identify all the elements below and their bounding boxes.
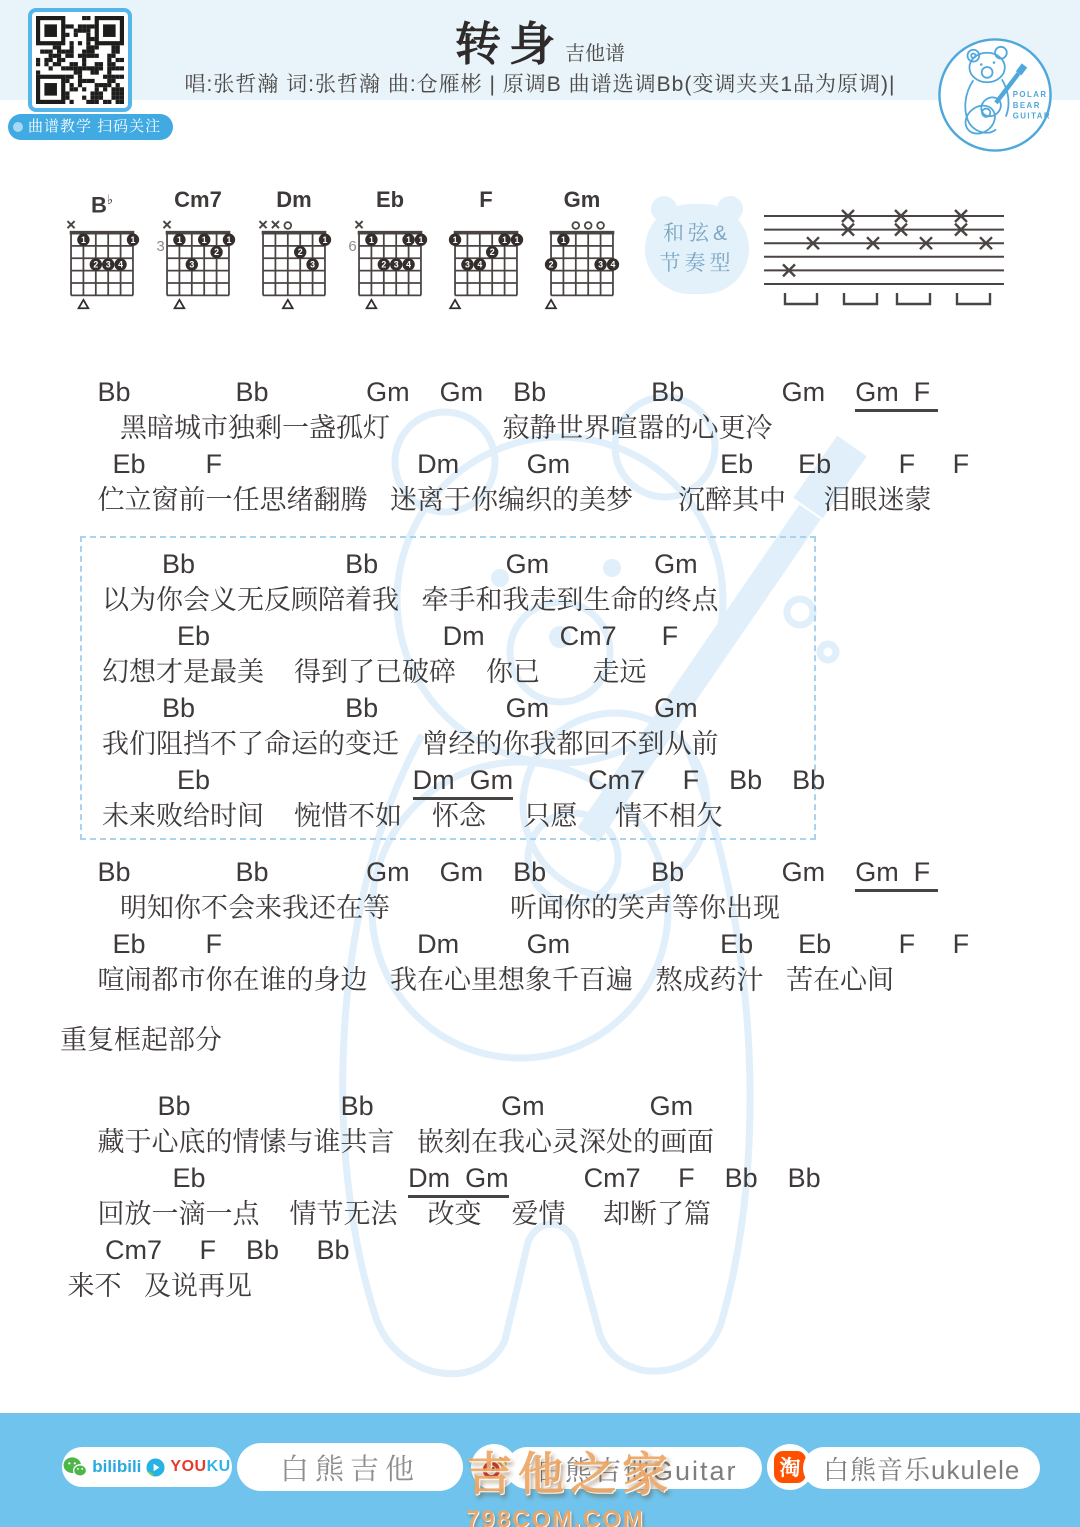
svg-text:1: 1: [369, 235, 374, 245]
youku-wordmark: YOUKU: [170, 1458, 230, 1476]
polar-bear-guitar-logo: POLAR BEAR GUITAR: [936, 36, 1054, 154]
sheet-type-label: 吉他谱: [565, 43, 625, 65]
svg-text:1: 1: [515, 235, 520, 245]
svg-text:1: 1: [502, 235, 507, 245]
lyric-line: 我们阻挡不了命运的变迁 曾经的你我都回不到从前: [102, 726, 814, 762]
logo-text-guitar: GUITAR: [1013, 112, 1051, 121]
svg-text:4: 4: [406, 260, 411, 270]
footer-bar: bilibili YOUKU 白熊吉他 白熊吉他Guitar 淘: [0, 1413, 1080, 1527]
section-note: 重复框起部分: [60, 1022, 1080, 1058]
label-line1: 和弦&: [663, 219, 731, 249]
chord-line: Eb F Dm Gm Eb Eb F F: [60, 446, 1080, 482]
qr-caption-badge: 曲谱教学 扫码关注: [8, 114, 173, 140]
svg-text:2: 2: [490, 247, 495, 257]
logo-bear-eye-left: [980, 63, 983, 66]
svg-text:3: 3: [106, 260, 111, 270]
account-pill-weibo-guitar[interactable]: 白熊吉他Guitar: [506, 1447, 762, 1489]
weibo-glyph: [479, 1452, 509, 1482]
svg-text:2: 2: [549, 260, 554, 270]
chord-grid: 11234: [56, 212, 148, 324]
chord-line: Eb Dm Gm Cm7 F Bb Bb: [60, 1160, 1080, 1196]
lyrics-area: Bb Bb Gm Gm Bb Bb Gm Gm F 黑暗城市独剩一盏孤灯 寂静世…: [0, 374, 1080, 1304]
taobao-glyph: 淘: [774, 1451, 806, 1483]
chord-diagram-cm7: Cm7311123: [152, 188, 244, 329]
svg-text:3: 3: [156, 238, 164, 255]
svg-text:1: 1: [227, 235, 232, 245]
svg-text:4: 4: [477, 260, 482, 270]
chord-line: Cm7 F Bb Bb: [60, 1232, 1080, 1268]
rhythm-pattern: [758, 198, 1010, 310]
account-name: 白熊音乐ukulele: [823, 1450, 1020, 1487]
svg-text:6: 6: [348, 238, 356, 255]
svg-text:1: 1: [81, 235, 86, 245]
lyric-line: 伫立窗前一任思绪翻腾 迷离于你编织的美梦 沉醉其中 泪眼迷蒙: [60, 482, 1080, 518]
chord-diagram-f: F111234: [440, 188, 532, 329]
chord-line: Bb Bb Gm Gm: [102, 546, 814, 582]
svg-text:4: 4: [118, 260, 123, 270]
svg-text:1: 1: [323, 235, 328, 245]
section-verse1: Bb Bb Gm Gm Bb Bb Gm Gm F 黑暗城市独剩一盏孤灯 寂静世…: [60, 374, 1080, 518]
svg-text:1: 1: [453, 235, 458, 245]
chord-name: Dm: [248, 188, 340, 212]
chord-line: Bb Bb Gm Gm: [102, 690, 814, 726]
section-chorus-box: Bb Bb Gm Gm以为你会义无反顾陪着我 牵手和我走到生命的终点 Eb Dm…: [80, 536, 816, 840]
youku-icon: [146, 1458, 165, 1477]
chord-diagram-bb: B♭11234: [56, 188, 148, 329]
chord-grid: 123: [248, 212, 340, 324]
chord-line: Bb Bb Gm Gm Bb Bb Gm Gm F: [60, 374, 1080, 410]
logo-text-polar: POLAR: [1013, 90, 1048, 99]
chord-name: F: [440, 188, 532, 212]
chord-name: Gm: [536, 188, 628, 212]
lyric-line: 藏于心底的情愫与谁共言 嵌刻在我心灵深处的画面: [60, 1124, 1080, 1160]
chord-name: Cm7: [152, 188, 244, 212]
svg-text:1: 1: [177, 235, 182, 245]
chord-line: Eb Dm Gm Cm7 F Bb Bb: [102, 762, 814, 798]
logo-bear-eye-right: [993, 61, 996, 64]
chord-sheet-page: 转身吉他谱 唱:张哲瀚 词:张哲瀚 曲:仓雁彬 | 原调B 曲谱选调Bb(变调夹…: [0, 0, 1080, 1527]
label-line2: 节奏型: [660, 249, 735, 279]
section-verse2: Bb Bb Gm Gm Bb Bb Gm Gm F 明知你不会来我还在等 听闻你…: [60, 854, 1080, 998]
account-pill-taobao-ukulele[interactable]: 白熊音乐ukulele: [803, 1447, 1040, 1489]
lyric-line: 重复框起部分: [60, 1022, 1080, 1058]
svg-text:2: 2: [298, 247, 303, 257]
chord-grid: 111234: [440, 212, 532, 324]
header-bar: 转身吉他谱 唱:张哲瀚 词:张哲瀚 曲:仓雁彬 | 原调B 曲谱选调Bb(变调夹…: [0, 0, 1080, 100]
title-wrap: 转身吉他谱: [0, 8, 1080, 74]
lyric-line: 以为你会义无反顾陪着我 牵手和我走到生命的终点: [102, 582, 814, 618]
chord-name: Eb: [344, 188, 436, 212]
chords-rhythm-label: 和弦& 节奏型: [645, 204, 749, 294]
section-verse3: Bb Bb Gm Gm 藏于心底的情愫与谁共言 嵌刻在我心灵深处的画面 Eb D…: [60, 1088, 1080, 1304]
svg-text:1: 1: [561, 235, 566, 245]
account-name: 白熊吉他: [280, 1447, 420, 1488]
logo-text-bear: BEAR: [1013, 101, 1041, 110]
chord-line: Eb F Dm Gm Eb Eb F F: [60, 926, 1080, 962]
dot-icon: [13, 122, 23, 132]
svg-text:3: 3: [598, 260, 603, 270]
qr-code: [28, 8, 132, 112]
svg-text:3: 3: [465, 260, 470, 270]
social-platforms-pill[interactable]: bilibili YOUKU: [62, 1447, 232, 1487]
chord-grid: 6111234: [344, 212, 436, 324]
svg-text:3: 3: [394, 260, 399, 270]
account-pill-baixiong-jita[interactable]: 白熊吉他: [237, 1443, 463, 1491]
chord-line: Eb Dm Cm7 F: [102, 618, 814, 654]
svg-text:3: 3: [189, 260, 194, 270]
chords-and-rhythm-row: B♭11234Cm7311123Dm123Eb6111234F111234Gm2…: [0, 188, 1080, 336]
chord-line: Bb Bb Gm Gm Bb Bb Gm Gm F: [60, 854, 1080, 890]
song-title: 转身: [455, 18, 563, 70]
chord-grid: 2134: [536, 212, 628, 324]
chord-diagram-dm: Dm123: [248, 188, 340, 329]
chord-line: Bb Bb Gm Gm: [60, 1088, 1080, 1124]
chord-diagram-eb: Eb6111234: [344, 188, 436, 329]
svg-text:1: 1: [419, 235, 424, 245]
lyric-line: 明知你不会来我还在等 听闻你的笑声等你出现: [60, 890, 1080, 926]
lyric-line: 回放一滴一点 情节无法 改变 爱情 却断了篇: [60, 1196, 1080, 1232]
svg-text:1: 1: [406, 235, 411, 245]
chord-name: B♭: [56, 188, 148, 212]
lyric-line: 幻想才是最美 得到了已破碎 你已 走远: [102, 654, 814, 690]
svg-text:4: 4: [611, 260, 616, 270]
qr-caption: 曲谱教学 扫码关注: [28, 118, 161, 135]
svg-text:1: 1: [202, 235, 207, 245]
chord-grid: 311123: [152, 212, 244, 324]
lyric-line: 喧闹都市你在谁的身边 我在心里想象千百遍 熬成药汁 苦在心间: [60, 962, 1080, 998]
lyric-line: 黑暗城市独剩一盏孤灯 寂静世界喧嚣的心更冷: [60, 410, 1080, 446]
wechat-icon: [63, 1456, 87, 1478]
svg-text:3: 3: [310, 260, 315, 270]
account-name: 白熊吉他Guitar: [536, 1449, 738, 1488]
qr-pattern: [36, 16, 124, 104]
logo-guitar-head: [1019, 66, 1025, 74]
credits-line: 唱:张哲瀚 词:张哲瀚 曲:仓雁彬 | 原调B 曲谱选调Bb(变调夹夹1品为原调…: [0, 68, 1080, 98]
lyric-line: 未来败给时间 惋惜不如 怀念 只愿 情不相欠: [102, 798, 814, 834]
svg-text:1: 1: [131, 235, 136, 245]
lyric-line: 来不 及说再见: [60, 1268, 1080, 1304]
bilibili-logo: bilibili: [92, 1457, 141, 1477]
chord-diagram-gm: Gm2134: [536, 188, 628, 329]
svg-text:2: 2: [381, 260, 386, 270]
svg-text:2: 2: [214, 247, 219, 257]
svg-text:2: 2: [93, 260, 98, 270]
